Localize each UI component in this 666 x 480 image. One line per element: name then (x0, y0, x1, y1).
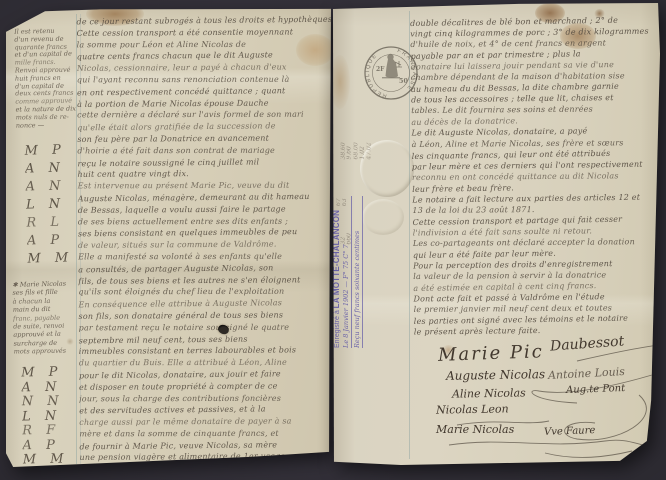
handwriting-line: en ont respectivement concédé quittance … (77, 84, 333, 98)
svg-text:50: 50 (399, 77, 408, 85)
handwriting-line: son feu père par la Donatrice en avancem… (77, 132, 333, 146)
handwriting-line: huit francs en (15, 74, 79, 83)
pencil-calculations: 6763 (336, 178, 352, 206)
handwriting-line: 67 (336, 178, 343, 206)
handwriting-line: et disposer en toute propriété à compter… (79, 380, 335, 394)
handwriting-line: 47.02 (366, 95, 372, 160)
handwriting-line: M P (21, 366, 67, 381)
handwriting-line: mots approuvés (14, 347, 80, 356)
handwriting-line: L N (22, 409, 68, 424)
right-page-paper: RÉPUBLIQUE FRANÇAISE 2F 50 Enregistré à … (332, 3, 660, 465)
handwriting-line: A N (21, 380, 67, 395)
handwriting-line: septembre mil neuf cent, tous ses biens (79, 332, 335, 346)
handwriting-line: comme approuvé (15, 97, 79, 106)
left-page-paper: Il est retenud'un revenu dequarante fran… (6, 8, 331, 467)
signature: Daubessot (550, 333, 625, 354)
handwriting-line: A P (22, 438, 68, 453)
signature: Vve Faure (544, 425, 596, 438)
handwriting-line: de Bessas, laquelle a voulu aussi faire … (78, 203, 334, 217)
handwriting-line: A N (25, 178, 71, 197)
handwriting-line: M M (27, 249, 73, 268)
allegory-figure (386, 54, 399, 78)
signature: Aug.te Pont (566, 383, 626, 396)
handwriting-line: 660 (347, 210, 353, 245)
margin-note-middle: ✱ Marie Nicolasses fils et filleà chacun… (12, 279, 80, 356)
left-page: Il est retenud'un revenu dequarante fran… (6, 8, 331, 467)
handwriting-line: 9.60 (347, 95, 353, 160)
signature: Antoine Louis (548, 365, 625, 382)
handwriting-line: 38.60 (340, 94, 347, 159)
handwriting-line: R L (26, 213, 72, 232)
signature: Nicolas Leon (436, 402, 509, 416)
signature: Marie Pic (438, 341, 545, 366)
handwriting-line: R F (22, 424, 68, 439)
pencil-calculations: 32660 (341, 210, 359, 245)
handwriting-line: 63 (342, 178, 348, 206)
handwriting-line: M M (23, 453, 69, 468)
handwriting-line: ✱ Marie Nicolas (12, 279, 78, 289)
handwriting-line: Il est retenu (14, 27, 78, 36)
handwriting-line: M P (24, 141, 70, 160)
signature: Marie Nicolas (436, 423, 514, 436)
signature: Aline Nicolas (452, 386, 526, 400)
handwriting-line: a consultés, de partager Auguste Nicolas… (78, 261, 334, 275)
svg-text:2F: 2F (376, 66, 385, 73)
handwriting-line: Cette cession transport a été consentie … (77, 26, 333, 40)
handwriting-line: A N (25, 159, 71, 178)
handwriting-line: nonce — (16, 121, 80, 130)
right-page: RÉPUBLIQUE FRANÇAISE 2F 50 Enregistré à … (332, 3, 660, 465)
handwriting-line: 32 (340, 209, 347, 244)
signature: Auguste Nicolas (446, 367, 545, 383)
initials-paraphs-top: M PA NA NL NR LA PM M (24, 141, 73, 268)
handwriting-line: L N (26, 195, 72, 214)
handwriting-line: charge aussi par le même donataire de pa… (79, 415, 335, 429)
handwriting-line: son fils, son donataire général de tous … (78, 309, 334, 323)
left-page-body-text: de ce jour restant subrogés à tous les d… (76, 14, 335, 464)
right-page-body-text: double décalitres de blé bon et marchand… (410, 14, 662, 337)
margin-note-top: Il est retenud'un revenu dequarante fran… (14, 27, 80, 129)
handwriting-line: A P (27, 231, 73, 250)
pencil-calculations: 38.609.6068.001.0247.02 (341, 95, 373, 160)
handwriting-line: de fournir à Marie Pic, veuve Nicolas, s… (79, 438, 335, 452)
scanned-document-photo: Il est retenud'un revenu dequarante fran… (0, 0, 666, 480)
initials-paraphs-bottom: M PA NN NL NR FA PM M (21, 366, 69, 468)
handwriting-line: N N (22, 395, 68, 410)
handwriting-line: par testament reçu le notaire soussigné … (79, 321, 335, 333)
handwriting-line: d'hoirie a été fait dans son contrat de … (77, 144, 333, 156)
handwriting-line: reçu le notaire soussigné le cinq juille… (77, 155, 333, 169)
